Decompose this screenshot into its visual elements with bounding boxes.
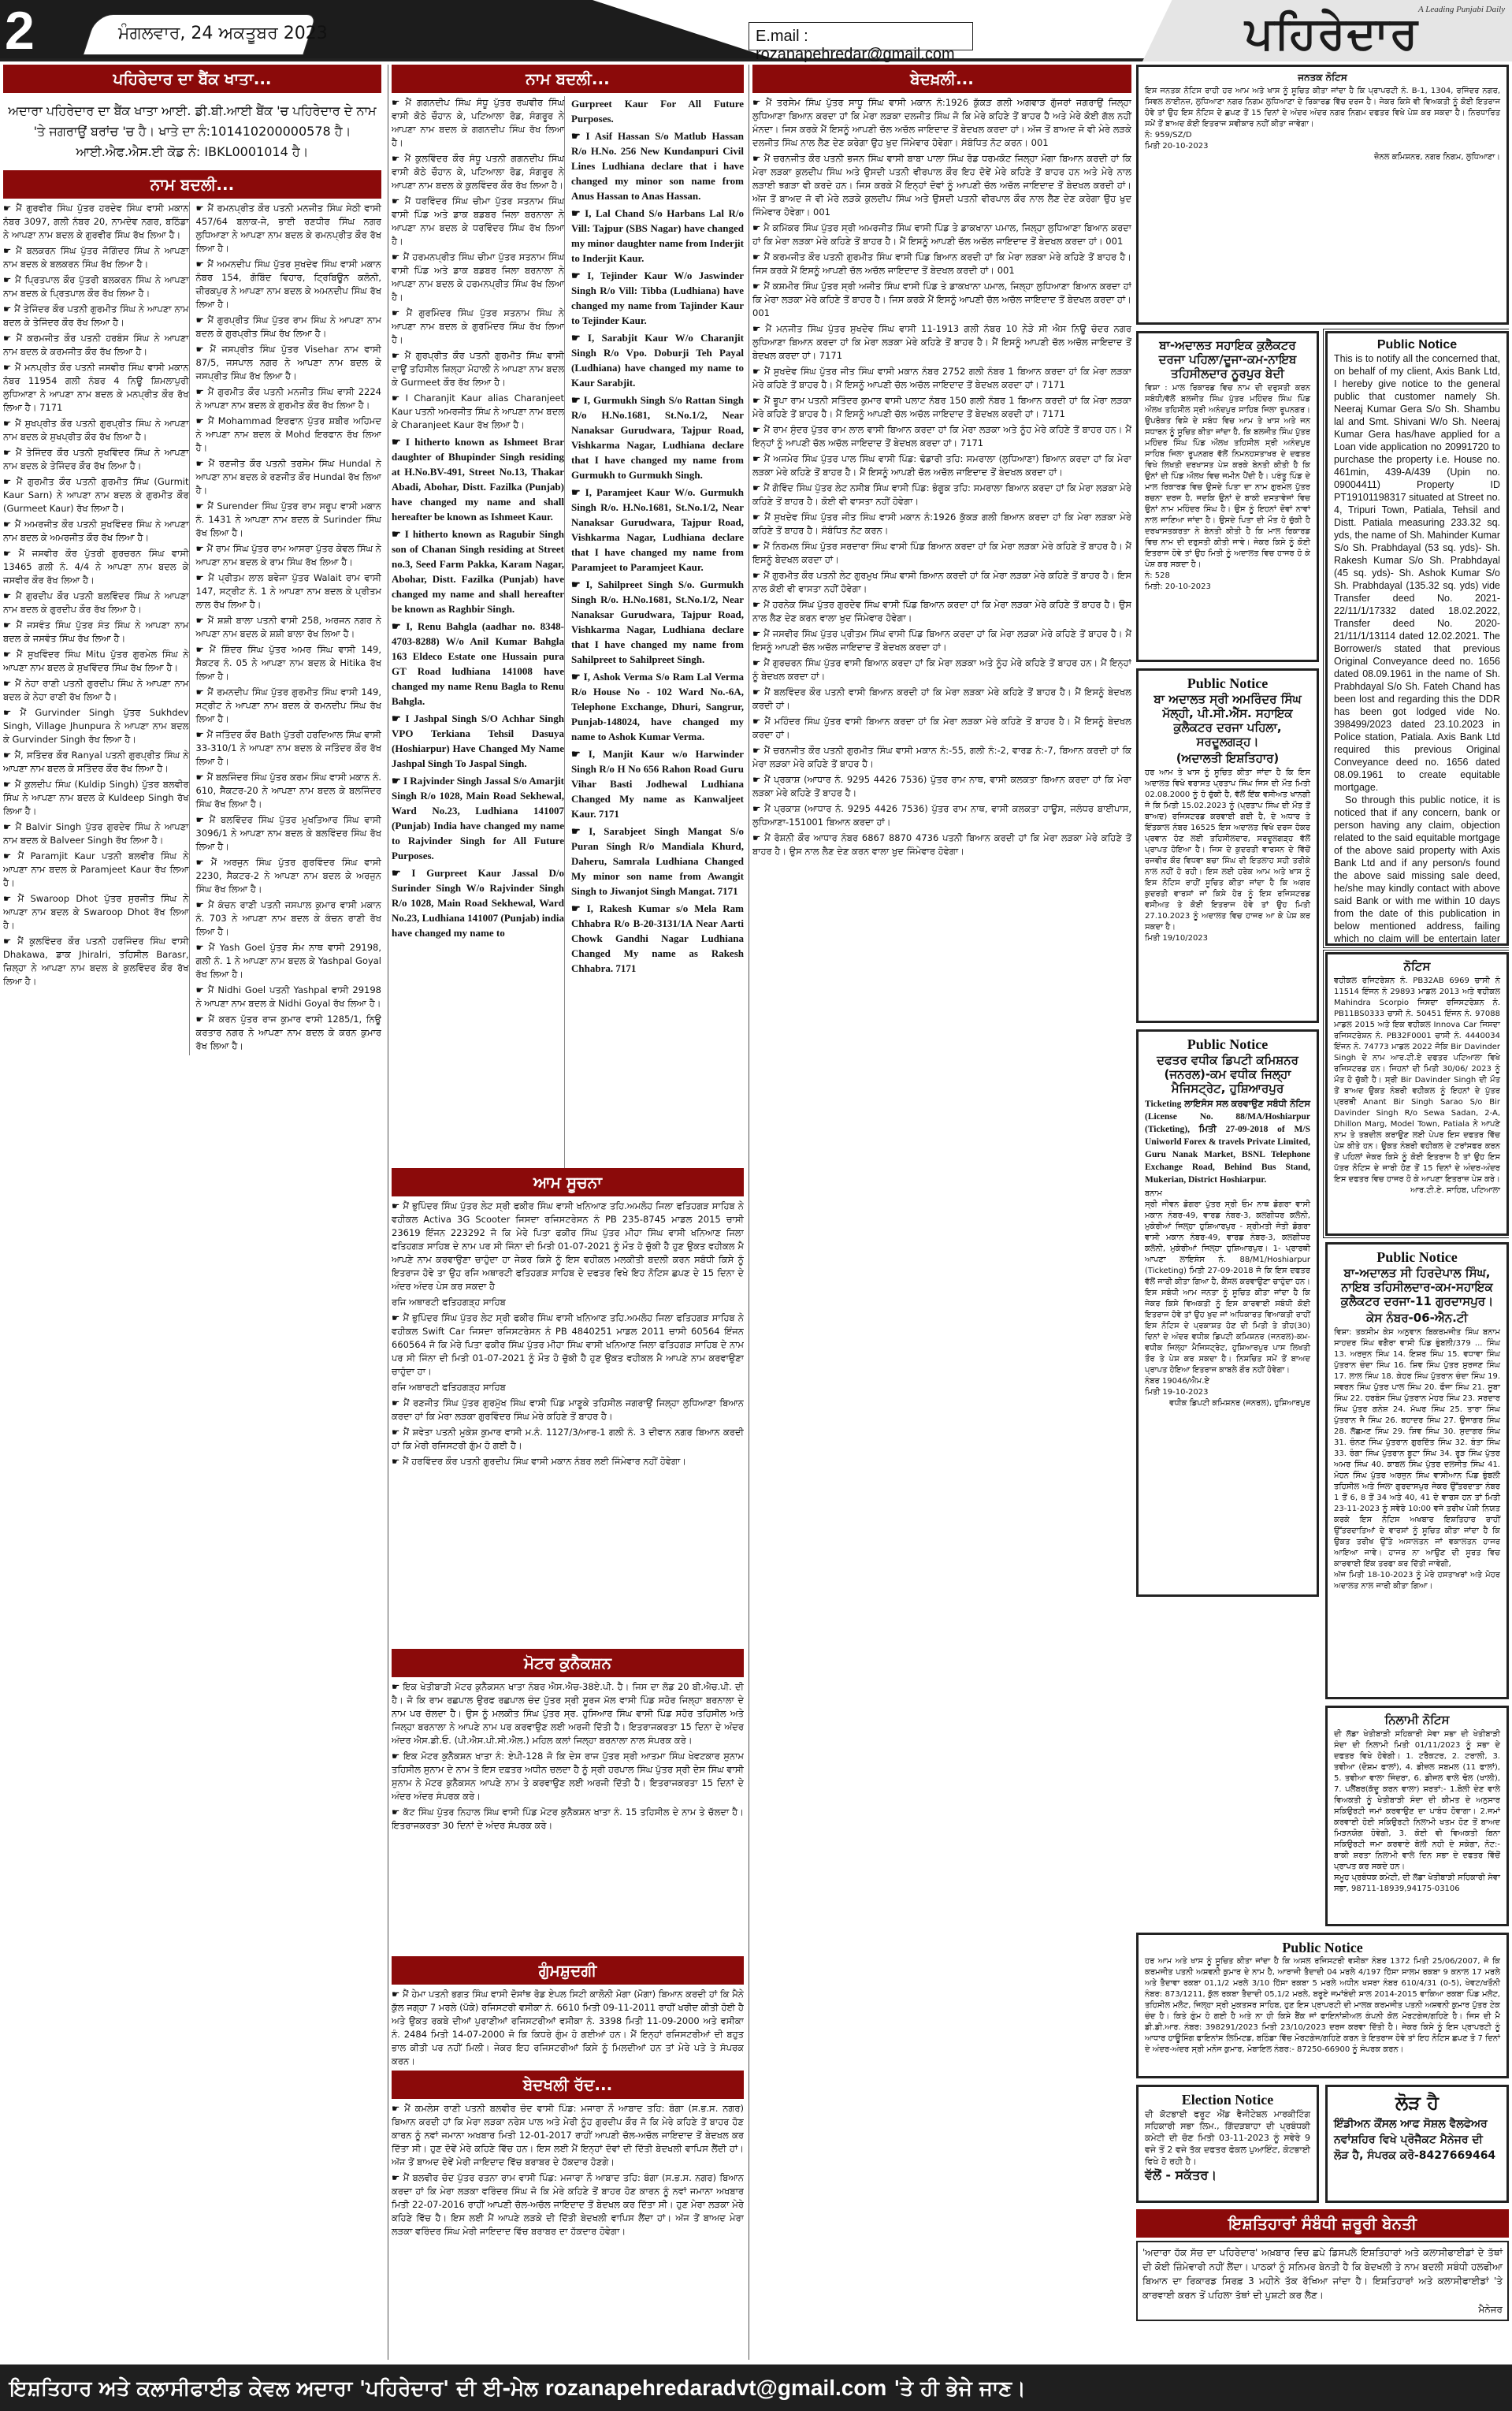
list-item: ☛ I Asif Hassan S/o Matlub Hassan R/o H.… xyxy=(571,128,744,203)
list-item: ☛ I, Ashok Verma S/o Ram Lal Verma R/o H… xyxy=(571,669,744,744)
list-item: ☛ ਮੈਂ ਜਸਪ੍ਰੀਤ ਸਿੰਘ ਪੁੱਤਰ Visehar ਨਾਮ ਵਾਸ… xyxy=(196,343,382,383)
notice-title: ਜਨਤਕ ਨੋਟਿਸ xyxy=(1145,72,1500,84)
list-item: ☛ ਮੈਂ ਪ੍ਰਕਾਸ਼ (ਆਧਾਰ ਨੰ. 9295 4426 7536) … xyxy=(752,802,1131,829)
list-item: ☛ ਮੈਂ ਕੰਚਨ ਰਾਣੀ ਪਤਨੀ ਜਸਪਾਲ ਕੁਮਾਰ ਵਾਸੀ ਮਕ… xyxy=(196,899,382,939)
notice-body: ਵਹੀਕਲ ਰਜਿਟਰੇਸ਼ਨ ਨੰ. PB32AB 6969 ਚਾਸੀ ਨੰ … xyxy=(1334,976,1500,1185)
section-heading-disinheritance: ਬੇਦਖ਼ਲੀ... xyxy=(752,65,1131,93)
list-item: ☛ ਮੈਂ ਅਮਰਜੀਤ ਕੌਰ ਪਤਨੀ ਸੁਖਵਿੰਦਰ ਸਿੰਘ ਨੇ ਆ… xyxy=(3,518,189,545)
list-item: ☛ ਮੈਂ ਰੋਸ਼ਨੀ ਕੌਰ ਆਧਾਰ ਨੰਬਰ 6867 8870 473… xyxy=(752,832,1131,858)
section-heading-public-info: ਆਮ ਸੂਚਨਾ xyxy=(392,1168,744,1196)
newspaper-logo: ਪਹਿਰੇਦਾਰ xyxy=(1245,8,1419,60)
list-item: ☛ I, Sarabjeet Singh Mangat S/o Puran Si… xyxy=(571,824,744,899)
list-item: ☛ ਮੈਂ ਗੁਰਚਰਨ ਸਿੰਘ ਪੁੱਤਰ ਵਾਸੀ ਬਿਆਨ ਕਰਦਾ ਹ… xyxy=(752,657,1131,683)
list-item: ☛ ਮੈਂ ਗੁਰਮੀਤ ਕੌਰ ਪਤਨੀ ਮਨਜੀਤ ਸਿੰਘ ਵਾਸੀ 22… xyxy=(196,385,382,412)
notice-sardulgarh-court: Public Notice ਬਾ ਅਦਾਲਤ ਸ੍ਰੀ ਅਮਰਿੰਦਰ ਸਿੰਘ… xyxy=(1136,668,1319,1023)
list-item: ☛ ਮੈਂ ਚਰਨਜੀਤ ਕੌਰ ਪਤਨੀ ਭਜਨ ਸਿੰਘ ਵਾਸੀ ਬਾਬਾ… xyxy=(752,152,1131,219)
list-item: ☛ ਮੈਂ ਰਾਮ ਸਿੰਘ ਪੁੱਤਰ ਰਾਮ ਆਸਰਾ ਪੁੱਤਰ ਕੇਵਲ… xyxy=(196,542,382,569)
list-item: ☛ ਮੈਂ ਕੁਲਵਿੰਦਰ ਕੌਰ ਸੰਧੂ ਪਤਨੀ ਗਗਨਦੀਪ ਸਿੰਘ… xyxy=(392,152,564,192)
list-item: ☛ ਮੈਂ ਰਮਨਦੀਪ ਸਿੰਘ ਪੁੱਤਰ ਗੁਰਮੀਤ ਸਿੰਘ ਵਾਸੀ… xyxy=(196,686,382,726)
list-item: ☛ ਮੈਂ ਪ੍ਰਿਤਪਾਲ ਕੌਰ ਪੁੱਤਰੀ ਬਲਕਰਨ ਸਿੰਘ ਨੇ … xyxy=(3,273,189,300)
list-item: ☛ I Charanjit Kaur alias Charanjeet Kaur… xyxy=(392,392,564,432)
list-item: ☛ I, Rakesh Kumar s/o Mela Ram Chhabra R… xyxy=(571,901,744,976)
list-item: ☛ ਮੈਂ ਗੁਰਮੀਤ ਕੌਰ ਪਤਨੀ ਗੁਰਮੀਤ ਸਿੰਘ (Gurmi… xyxy=(3,475,189,515)
list-item: ☛ ਮੈਂ ਜਸਵੀਰ ਕੌਰ ਪੁੱਤਰੀ ਗੁਰਚਰਨ ਸਿੰਘ ਵਾਸੀ … xyxy=(3,547,189,587)
list-item: ☛ ਮੈਂ ਬਲਕਰਨ ਸਿੰਘ ਪੁੱਤਰ ਜੋਗਿੰਦਰ ਸਿੰਘ ਨੇ ਆ… xyxy=(3,244,189,271)
list-item: ☛ ਮੈਂ Balvir Singh ਪੁੱਤਰ ਗੁਰਦੇਵ ਸਿੰਘ ਨੇ … xyxy=(3,820,189,847)
notice-body: ਵਿਸ਼ਾ : ਮਾਲ ਰਿਕਾਰਡ ਵਿਚ ਨਾਮ ਦੀ ਦਰੁਸਤੀ ਕਰਨ… xyxy=(1145,383,1310,571)
list-item: ☛ ਮੈਂ ਤਰਸੇਮ ਸਿੰਘ ਪੁੱਤਰ ਸਾਧੂ ਸਿੰਘ ਵਾਸੀ ਮਕ… xyxy=(752,96,1131,150)
list-item: ☛ ਮੈਂ ਰਾਮ ਸੁੰਦਰ ਪੁੱਤਰ ਰਾਮ ਲਾਲ ਵਾਸੀ ਬਿਆਨ … xyxy=(752,423,1131,450)
notice-lost-registry: Public Notice ਹਰ ਆਮ ਅਤੇ ਖਾਸ ਨੂੰ ਸੂਚਿਤ ਕੀ… xyxy=(1136,1933,1509,2078)
list-item: ☛ ਮੈਂ ਭੂਪਾ ਰਾਮ ਪਤਨੀ ਸਤਿੰਦਰ ਕੁਮਾਰ ਵਾਸੀ ਪਲ… xyxy=(752,394,1131,421)
list-item: ☛ ਮੈਂ ਅਰਜੁਨ ਸਿੰਘ ਪੁੱਤਰ ਗੁਰਵਿੰਦਰ ਸਿੰਘ ਵਾਸ… xyxy=(196,856,382,896)
list-item: ☛ ਮੈਂ ਸੁਖਦੇਵ ਸਿੰਘ ਪੁੱਤਰ ਜੀਤ ਸਿੰਘ ਵਾਸੀ ਮਕ… xyxy=(752,365,1131,392)
list-item: ☛ ਮੈਂ ਤੇਜਿੰਦਰ ਕੌਰ ਪਤਨੀ ਗੁਰਮੀਤ ਸਿੰਘ ਨੇ ਆਪ… xyxy=(3,303,189,329)
list-item: ☛ ਮੈਂ ਕਮਲੇਸ ਰਾਣੀ ਪਤਨੀ ਬਲਵੀਰ ਚੰਦ ਵਾਸੀ ਪਿੰ… xyxy=(392,2102,744,2169)
notice-title: Public Notice xyxy=(1334,338,1500,352)
column-disinheritance: ਬੇਦਖ਼ਲੀ... ☛ ਮੈਂ ਤਰਸੇਮ ਸਿੰਘ ਪੁੱਤਰ ਸਾਧੂ ਸ… xyxy=(749,65,1131,2360)
list-item: ☛ ਮੈਂ ਭੁਪਿੰਦਰ ਸਿੰਘ ਪੁੱਤਰ ਲੇਟ ਸ੍ਰੀ ਫਕੀਰ ਸ… xyxy=(392,1200,744,1293)
name-change-list-mixed: ☛ ਮੈਂ ਗਗਨਦੀਪ ਸਿੰਘ ਸੰਧੂ ਪੁੱਤਰ ਰਘਵੀਰ ਸਿੰਘ … xyxy=(392,96,565,1168)
list-item: ☛ ਮੈਂ ਧਰਵਿੰਦਰ ਸਿੰਘ ਚੀਮਾ ਪੁੱਤਰ ਸਤਨਾਮ ਸਿੰਘ… xyxy=(392,195,564,248)
notice-title: Public Notice xyxy=(1145,1940,1500,1956)
list-item: ☛ ਮੈਂ ਚਰਨਜੀਤ ਕੌਰ ਪਤਨੀ ਗੁਰਮੀਤ ਸਿੰਘ ਵਾਸੀ ਮ… xyxy=(752,744,1131,771)
list-item: ☛ I Jashpal Singh S/O Achhar Singh VPO T… xyxy=(392,711,564,771)
notice-title: ਨਿਲਾਮੀ ਨੋਟਿਸ xyxy=(1334,1713,1500,1727)
disclaimer-signature: ਮੈਨੇਜਰ xyxy=(1142,2302,1503,2316)
name-change-list-english: Gurpreet Kaur For All Future Purposes.☛ … xyxy=(571,96,744,1168)
list-item: ☛ ਮੈਂ ਰਮਨਪ੍ਰੀਤ ਕੌਰ ਪਤਨੀ ਮਨਜੀਤ ਸਿੰਘ ਸੇਠੀ … xyxy=(196,202,382,255)
section-heading-ad-disclaimer: ਇਸ਼ਤਿਹਾਰਾਂ ਸੰਬੰਧੀ ਜ਼ਰੂਰੀ ਬੇਨਤੀ xyxy=(1136,2209,1509,2238)
list-item: ☛ I, Tejinder Kaur W/o Jaswinder Singh R… xyxy=(571,268,744,328)
name-change-list-left: ☛ ਮੈਂ ਗੁਰਵੀਰ ਸਿੰਘ ਪੁੱਤਰ ਹਰਦੇਵ ਸਿੰਘ ਵਾਸੀ … xyxy=(3,202,190,1055)
list-item: ☛ ਮੈਂ ਹੇਮਾ ਪਤਨੀ ਭਗਤ ਸਿੰਘ ਵਾਸੀ ਦੋਸਾਂਝ ਰੋਡ… xyxy=(392,1988,744,2068)
notice-title: ਨੋਟਿਸ xyxy=(1334,959,1500,973)
list-item: ☛ ਮੈਂ, ਸਤਿੰਦਰ ਕੌਰ Ranyal ਪਤਨੀ ਗੁਰਪ੍ਰੀਤ ਸ… xyxy=(3,749,189,776)
list-item: ☛ ਮੈਂ ਨੇਹਾ ਰਾਣੀ ਪਤਨੀ ਗੁਰਦੀਪ ਸਿੰਘ ਨੇ ਆਪਣਾ… xyxy=(3,677,189,704)
notice-closing: ਅੱਜ ਮਿਤੀ 18-10-2023 ਨੂੰ ਮੇਰੇ ਹਸਤਾਖਰਾਂ ਅਤ… xyxy=(1334,1570,1500,1592)
notice-ref: ਨੰ: 959/SZ/D xyxy=(1145,130,1500,141)
list-item: ☛ ਮੈਂ Surender ਸਿੰਘ ਪੁੱਤਰ ਰਾਮ ਸਰੂਪ ਵਾਸੀ … xyxy=(196,500,382,540)
list-item: ☛ ਮੈਂ ਗੁਰਵੀਰ ਸਿੰਘ ਪੁੱਤਰ ਹਰਦੇਵ ਸਿੰਘ ਵਾਸੀ … xyxy=(3,202,189,242)
notice-gurdaspur-court: Public Notice ਬਾ-ਅਦਾਲਤ ਸੀ ਹਿਰਦੇਪਾਲ ਸਿੰਘ,… xyxy=(1325,1242,1509,1699)
list-item: ☛ ਮੈਂ ਮਨਜੀਤ ਸਿੰਘ ਪੁੱਤਰ ਸੁਖਦੇਵ ਸਿੰਘ ਵਾਸੀ … xyxy=(752,322,1131,363)
list-item: ☛ ਮੈਂ ਅਮਨਦੀਪ ਸਿੰਘ ਪੁੱਤਰ ਸੁਖਦੇਵ ਸਿੰਘ ਵਾਸੀ… xyxy=(196,258,382,311)
notice-title-en: Public Notice xyxy=(1334,1249,1500,1266)
notice-signature: ਜ਼ੋਨਲ ਕਮਿਸ਼ਨਰ, ਨਗਰ ਨਿਗਮ, ਲੁਧਿਆਣਾ। xyxy=(1145,152,1500,163)
notice-body-2: ਸ੍ਰੀ ਜੀਵਨ ਡੋਗਰਾ ਪੁੱਤਰ ਸ੍ਰੀ ਓਮ ਨਾਥ ਡੋਗਰਾ … xyxy=(1145,1200,1310,1376)
list-item: ☛ ਮੈਂ ਸ਼ਿੰਦਰ ਸਿੰਘ ਪੁੱਤਰ ਅਮਰ ਸਿੰਘ ਵਾਸੀ 14… xyxy=(196,643,382,683)
list-item: ☛ I, Manjit Kaur w/o Harwinder Singh R/o… xyxy=(571,746,744,821)
list-item: ☛ I, Sarabjit Kaur W/o Charanjit Singh R… xyxy=(571,330,744,390)
notice-title: Election Notice xyxy=(1145,2092,1310,2108)
list-item: ☛ I Rajvinder Singh Jassal S/o Amarjit S… xyxy=(392,773,564,863)
notice-body: ਵਿਸ਼ਾ: ਤਕਸੀਮ ਕੇਸ ਅਨੁਵਾਨ ਬਿਕਰਮਜੀਤ ਸਿੰਘ ਬਨ… xyxy=(1334,1327,1500,1570)
notice-election: Election Notice ਦੀ ਕੋਟਭਾਈ ਫਰੂਟ ਐਂਡ ਵੈਜੀਟ… xyxy=(1136,2085,1319,2203)
bank-account-info: ਅਦਾਰਾ ਪਹਿਰੇਦਾਰ ਦਾ ਬੈਂਕ ਖਾਤਾ ਆਈ. ਡੀ.ਬੀ.ਆਈ… xyxy=(3,96,381,170)
list-item: ☛ I, Sahilpreet Singh S/o. Gurmukh Singh… xyxy=(571,577,744,667)
list-item: ☛ ਮੈਂ ਅਜਮੇਰ ਸਿੰਘ ਪੁੱਤਰ ਪਾਲ ਸਿੰਘ ਵਾਸੀ ਪਿੰ… xyxy=(752,452,1131,479)
notice-date: ਮਿਤੀ 20-10-2023 xyxy=(1145,141,1500,152)
list-item: ☛ ਮੈਂ ਜਸਵੀਰ ਸਿੰਘ ਪੁੱਤਰ ਪ੍ਰੀਤਮ ਸਿੰਘ ਵਾਸੀ … xyxy=(752,627,1131,654)
notice-body-2: So through this public notice, it is not… xyxy=(1334,794,1500,946)
name-change-list-right: ☛ ਮੈਂ ਰਮਨਪ੍ਰੀਤ ਕੌਰ ਪਤਨੀ ਮਨਜੀਤ ਸਿੰਘ ਸੇਠੀ … xyxy=(196,202,382,1055)
list-item: ☛ ਮੈਂ Gurvinder Singh ਪੁੱਤਰ Sukhdev Sing… xyxy=(3,706,189,746)
list-item: ☛ ਮੈਂ ਪ੍ਰਕਾਸ਼ (ਆਧਾਰ ਨੰ. 9295 4426 7536) … xyxy=(752,773,1131,800)
list-item: ☛ ਮੈਂ ਨਿਰਮਲ ਸਿੰਘ ਪੁੱਤਰ ਸਰਦਾਰਾ ਸਿੰਘ ਵਾਸੀ … xyxy=(752,540,1131,567)
notice-rta-patiala: ਨੋਟਿਸ ਵਹੀਕਲ ਰਜਿਟਰੇਸ਼ਨ ਨੰ. PB32AB 6969 ਚਾ… xyxy=(1325,952,1509,1236)
list-item: ☛ I Gurpreet Kaur Jassal D/o Surinder Si… xyxy=(392,865,564,940)
section-heading-disinherit-revoked: ਬੇਦਖਲੀ ਰੱਦ... xyxy=(392,2071,744,2099)
notice-title: ਲੋੜ ਹੈ xyxy=(1334,2092,1500,2114)
disinheritance-list: ☛ ਮੈਂ ਤਰਸੇਮ ਸਿੰਘ ਪੁੱਤਰ ਸਾਧੂ ਸਿੰਘ ਵਾਸੀ ਮਕ… xyxy=(752,96,1131,858)
notice-subtitle: (ਅਦਾਲਤੀ ਇਸ਼ਤਿਹਾਰ) xyxy=(1145,751,1310,765)
notice-title-en: Public Notice xyxy=(1145,1036,1310,1053)
notice-title: ਬਾ-ਅਦਾਲਤ ਸੀ ਹਿਰਦੇਪਾਲ ਸਿੰਘ, ਨਾਇਬ ਤਹਿਸੀਲਦਾ… xyxy=(1334,1266,1500,1308)
list-item: ☛ ਮੈਂ ਮਹਿੰਦਰ ਸਿੰਘ ਪੁੱਤਰ ਵਾਸੀ ਬਿਆਨ ਕਰਦਾ ਹ… xyxy=(752,715,1131,742)
notice-body: This is to notify all the concerned that… xyxy=(1334,352,1500,794)
list-item: ☛ ਇਕ ਮੋਟਰ ਕੁਨੈਕਸ਼ਨ ਖਾਤਾ ਨੰ: ਏਪੀ-128 ਜੋ ਕ… xyxy=(392,1750,744,1803)
list-item: ☛ I, Gurmukh Singh S/o Rattan Singh R/o … xyxy=(571,393,744,482)
notice-municipal: ਜਨਤਕ ਨੋਟਿਸ ਇਸ ਜਨਤਕ ਨੋਟਿਸ ਰਾਹੀ ਹਰ ਆਮ ਅਤੇ … xyxy=(1136,65,1509,325)
list-item: ☛ ਮੈਂ ਕਸ਼ਮੀਰ ਸਿੰਘ ਪੁੱਤਰ ਸ੍ਰੀ ਅਜੀਤ ਸਿੰਘ ਵ… xyxy=(752,280,1131,320)
notice-wanted: ਲੋੜ ਹੈ ਇੰਡੀਅਨ ਕੌਂਸਲ ਆਫ ਸੋਸ਼ਲ ਵੈਲਫੇਅਰ ਨਵਾ… xyxy=(1325,2085,1509,2203)
list-item: ☛ ਮੈਂ ਗੁਰਮੀਤ ਕੌਰ ਪਤਨੀ ਲੇਟ ਗੁਰਮੁਖ ਸਿੰਘ ਵਾ… xyxy=(752,569,1131,596)
list-item: ☛ ਮੈਂ Swaroop Dhot ਪੁੱਤਰ ਸੁਰਜੀਤ ਸਿੰਘ ਨੇ … xyxy=(3,892,189,932)
footer-text-after: 'ਤੇ ਹੀ ਭੇਜੇ ਜਾਣ। xyxy=(893,2377,1025,2401)
notice-nurpur-bedi-court: ਬਾ-ਅਦਾਲਤ ਸਹਾਇਕ ਕੁਲੈਕਟਰ ਦਰਜਾ ਪਹਿਲਾ/ਦੂਜਾ-ਕ… xyxy=(1136,331,1319,662)
notice-body: ਦੀ ਲੱਡਾ ਖੇਤੀਬਾੜੀ ਸਹਿਕਾਰੀ ਸੇਵਾ ਸਭਾ ਦੀ ਖੇਤ… xyxy=(1334,1729,1500,1873)
column-name-change-english: ਨਾਮ ਬਦਲੀ... ☛ ਮੈਂ ਗਗਨਦੀਪ ਸਿੰਘ ਸੰਧੂ ਪੁੱਤਰ… xyxy=(388,65,744,2360)
header-rule xyxy=(0,58,1237,61)
list-item: ☛ I, Renu Bahgla (aadhar no. 8348-4703-8… xyxy=(392,619,564,709)
notice-body: ਦੀ ਕੋਟਭਾਈ ਫਰੂਟ ਐਂਡ ਵੈਜੀਟੇਬਲ ਮਾਰਕੀਟਿੰਗ ਸਹ… xyxy=(1145,2108,1310,2167)
disclaimer-text: 'ਅਦਾਰਾ ਹੱਕ ਸੱਚ ਦਾ ਪਹਿਰੇਦਾਰ' ਅਖ਼ਬਾਰ ਵਿਚ ਛ… xyxy=(1142,2247,1503,2301)
list-item: ☛ ਮੈਂ ਕਰਮਜੀਤ ਕੌਰ ਪਤਨੀ ਗੁਰਮੀਤ ਸਿੰਘ ਵਾਸੀ ਪ… xyxy=(752,251,1131,277)
list-item: ☛ ਮੈਂ ਗੁਰਦੀਪ ਕੌਰ ਪਤਨੀ ਬਲਵਿੰਦਰ ਸਿੰਘ ਨੇ ਆਪ… xyxy=(3,590,189,616)
notice-body: ਇਸ ਜਨਤਕ ਨੋਟਿਸ ਰਾਹੀ ਹਰ ਆਮ ਅਤੇ ਖਾਸ ਨੂੰ ਸੂਚ… xyxy=(1145,86,1500,130)
notice-title: ਦਫਤਰ ਵਧੀਕ ਡਿਪਟੀ ਕਮਿਸ਼ਨਰ (ਜਨਰਲ)-ਕਮ ਵਧੀਕ ਜ… xyxy=(1145,1053,1310,1096)
list-item: ☛ ਮੈਂ ਰਣਜੀਤ ਸਿੰਘ ਪੁੱਤਰ ਗੁਰਮੁੱਖ ਸਿੰਘ ਵਾਸੀ… xyxy=(392,1397,744,1423)
list-item: ☛ ਮੈਂ ਕੁਲਦੀਪ ਸਿੰਘ (Kuldip Singh) ਪੁੱਤਰ ਬ… xyxy=(3,778,189,818)
notice-ref: ਨੰਬਰ 19046/ਐਮ.ਏ xyxy=(1145,1376,1310,1387)
list-item: ☛ ਮੈਂ ਬਲਵੀਰ ਚੰਦ ਪੁੱਤਰ ਰਤਨਾ ਰਾਮ ਵਾਸੀ ਪਿੰਡ… xyxy=(392,2171,744,2238)
section-heading-missing: ਗੁੰਮਸ਼ੁਦਗੀ xyxy=(392,1956,744,1985)
list-item: ☛ ਮੈਂ ਬਲਵਿੰਦਰ ਸਿੰਘ ਪੁੱਤਰ ਮੁਖਤਿਆਰ ਸਿੰਘ ਵਾ… xyxy=(196,813,382,854)
notice-ref: ਨੰ: 528 xyxy=(1145,571,1310,582)
notice-title-en: Public Notice xyxy=(1145,675,1310,692)
list-item: ☛ ਮੈਂ ਭੁਪਿੰਦਰ ਸਿੰਘ ਪੁੱਤਰ ਲੇਟ ਸ੍ਰੀ ਫਕੀਰ ਸ… xyxy=(392,1312,744,1379)
list-item: ☛ ਮੈਂ Yash Goel ਪੁੱਤਰ ਸੋਮ ਨਾਥ ਵਾਸੀ 29198… xyxy=(196,941,382,981)
list-item: ਰਜਿ ਅਥਾਰਟੀ ਫਤਿਹਗੜ੍ਹ ਸਾਹਿਬ xyxy=(392,1381,744,1394)
list-item: ☛ ਮੈਂ ਕੁਲਵਿੰਦਰ ਕੌਰ ਪਤਨੀ ਹਰਜਿੰਦਰ ਸਿੰਘ ਵਾਸ… xyxy=(3,935,189,988)
notice-signature: ਵੱਲੋਂ - ਸਕੱਤਰ। xyxy=(1145,2167,1310,2183)
list-item: ☛ ਮੈ ਕਮਿੱਕਰ ਸਿੰਘ ਪੁੱਤਰ ਸ੍ਰੀ ਅਮਰਜੀਤ ਸਿੰਘ … xyxy=(752,221,1131,248)
notice-hoshiarpur-adc: Public Notice ਦਫਤਰ ਵਧੀਕ ਡਿਪਟੀ ਕਮਿਸ਼ਨਰ (ਜ… xyxy=(1136,1029,1319,1597)
list-item: ☛ ਮੈਂ ਗਗਨਦੀਪ ਸਿੰਘ ਸੰਧੂ ਪੁੱਤਰ ਰਘਵੀਰ ਸਿੰਘ … xyxy=(392,96,564,150)
list-item: ☛ ਮੈਂ ਬਲਜਿੰਦਰ ਸਿੰਘ ਪੁੱਤਰ ਕਰਮ ਸਿੰਘ ਵਾਸੀ ਮ… xyxy=(196,771,382,811)
notice-signature: ਆਰ.ਟੀ.ਏ. ਸਾਹਿਬ, ਪਟਿਆਲਾ xyxy=(1334,1185,1500,1196)
notice-body: ਹਰ ਆਮ ਅਤੇ ਖਾਸ ਨੂੰ ਸੂਚਿਤ ਕੀਤਾ ਜਾਂਦਾ ਹੈ ਕਿ… xyxy=(1145,1956,1500,2056)
list-item: ☛ ਮੈਂ ਮਨਪ੍ਰੀਤ ਕੌਰ ਪਤਨੀ ਜਸਵੀਰ ਸਿੰਘ ਵਾਸੀ ਮ… xyxy=(3,361,189,415)
list-item: ☛ ਮੈਂ ਪ੍ਰੀਤਮ ਲਾਲ ਬਵੇਜਾ ਪੁੱਤਰ Walait ਰਾਮ … xyxy=(196,571,382,612)
issue-date: ਮੰਗਲਵਾਰ, 24 ਅਕਤੂਬਰ 2023 xyxy=(118,24,328,43)
missing-list: ☛ ਮੈਂ ਹੇਮਾ ਪਤਨੀ ਭਗਤ ਸਿੰਘ ਵਾਸੀ ਦੋਸਾਂਝ ਰੋਡ… xyxy=(392,1988,744,2068)
notice-date: ਮਿਤੀ 19/10/2023 xyxy=(1145,933,1310,944)
contact-email[interactable]: E.mail : rozanapehredar@gmail.com xyxy=(749,22,973,50)
list-item: ☛ ਮੈਂ ਗੁਰਪ੍ਰੀਤ ਕੌਰ ਪਤਨੀ ਗੁਰਮੀਤ ਸਿੰਘ ਵਾਸੀ… xyxy=(392,349,564,389)
list-item: ☛ ਮੈਂ ਸੁਖਵਿੰਦਰ ਸਿੰਘ Mitu ਪੁੱਤਰ ਗੁਰਮੇਲ ਸਿ… xyxy=(3,648,189,675)
column-public-notices: ਜਨਤਕ ਨੋਟਿਸ ਇਸ ਜਨਤਕ ਨੋਟਿਸ ਰਾਹੀ ਹਰ ਆਮ ਅਤੇ … xyxy=(1136,65,1509,2360)
notice-versus: ਬਨਾਮ xyxy=(1145,1189,1310,1200)
list-item: ☛ ਮੈਂ ਹਰਨੇਕ ਸਿੰਘ ਪੁੱਤਰ ਗੁਰਦੇਵ ਸਿੰਘ ਵਾਸੀ … xyxy=(752,598,1131,625)
notice-case-number: ਕੇਸ ਨੰਬਰ-06-ਐਨ.ਟੀ xyxy=(1334,1311,1500,1325)
list-item: ☛ ਮੈਂ ਹਰਵਿੰਦਰ ਕੌਰ ਪਤਨੀ ਗੁਰਦੀਪ ਸਿੰਘ ਵਾਸੀ … xyxy=(392,1455,744,1468)
ad-disclaimer-body: 'ਅਦਾਰਾ ਹੱਕ ਸੱਚ ਦਾ ਪਹਿਰੇਦਾਰ' ਅਖ਼ਬਾਰ ਵਿਚ ਛ… xyxy=(1136,2241,1509,2321)
footer-text-before: ਇਸ਼ਤਿਹਾਰ ਅਤੇ ਕਲਾਸੀਫਾਈਡ ਕੇਵਲ ਅਦਾਰਾ 'ਪਹਿਰੇ… xyxy=(9,2377,538,2401)
list-item: ☛ ਮੈਂ ਜਸਵੰਤ ਸਿੰਘ ਪੁੱਤਰ ਸੰਤ ਸਿੰਘ ਨੇ ਆਪਣਾ … xyxy=(3,619,189,646)
list-item: ☛ ਕੱਟ ਸਿੰਘ ਪੁੱਤਰ ਨਿਹਾਲ ਸਿੰਘ ਵਾਸੀ ਪਿੰਡ ਮੋ… xyxy=(392,1806,744,1832)
list-item: ☛ ਮੈਂ ਕਰਮਜੀਤ ਕੌਰ ਪਤਨੀ ਹਰਬੰਸ ਸਿੰਘ ਨੇ ਆਪਣਾ… xyxy=(3,332,189,359)
section-heading-bank-account: ਪਹਿਰੇਦਾਰ ਦਾ ਬੈਂਕ ਖਾਤਾ... xyxy=(3,65,381,93)
list-item: ਰਜਿ ਅਥਾਰਟੀ ਫਤਿਹਗੜ੍ਹ ਸਾਹਿਬ xyxy=(392,1296,744,1309)
list-item: ☛ I hitherto known as Ishmeet Brar daugh… xyxy=(392,434,564,524)
section-heading-name-change: ਨਾਮ ਬਦਲੀ... xyxy=(3,170,381,199)
public-info-list: ☛ ਮੈਂ ਭੁਪਿੰਦਰ ਸਿੰਘ ਪੁੱਤਰ ਲੇਟ ਸ੍ਰੀ ਫਕੀਰ ਸ… xyxy=(392,1200,744,1649)
list-item: Gurpreet Kaur For All Future Purposes. xyxy=(571,96,744,126)
list-item: ☛ ਮੈਂ ਹਰਮਨਪ੍ਰੀਤ ਸਿੰਘ ਚੀਮਾ ਪੁੱਤਰ ਸਤਨਾਮ ਸਿ… xyxy=(392,251,564,304)
notice-body: Ticketing ਲਾਇਸੰਸ ਸਲ ਕਰਵਾਉਣ ਸਬੰਧੀ ਨੋਟਿਸ (… xyxy=(1145,1098,1310,1186)
logo-tagline: A Leading Punjabi Daily xyxy=(1418,5,1505,14)
list-item: ☛ I, Lal Chand S/o Harbans Lal R/o Vill:… xyxy=(571,206,744,266)
list-item: ☛ ਮੈਂ ਸੁਖਪ੍ਰੀਤ ਕੌਰ ਪਤਨੀ ਗੁਰਪ੍ਰੀਤ ਸਿੰਘ ਨੇ… xyxy=(3,417,189,444)
notice-signature: ਵਧੀਕ ਡਿਪਟੀ ਕਮਿਸ਼ਨਰ (ਜਨਰਲ), ਹੁਸ਼ਿਆਰਪੁਰ xyxy=(1145,1398,1310,1409)
list-item: ☛ ਮੈਂ ਗੁਰਮਿੰਦਰ ਸਿੰਘ ਪੁੱਤਰ ਸਤਨਾਮ ਸਿੰਘ ਨੇ … xyxy=(392,307,564,347)
list-item: ☛ ਮੈਂ ਗੁਰਪ੍ਰੀਤ ਸਿੰਘ ਪੁੱਤਰ ਰਾਮ ਸਿੰਘ ਨੇ ਆਪ… xyxy=(196,314,382,340)
footer-banner: ਇਸ਼ਤਿਹਾਰ ਅਤੇ ਕਲਾਸੀਫਾਈਡ ਕੇਵਲ ਅਦਾਰਾ 'ਪਹਿਰੇ… xyxy=(0,2364,1512,2411)
notice-auction: ਨਿਲਾਮੀ ਨੋਟਿਸ ਦੀ ਲੱਡਾ ਖੇਤੀਬਾੜੀ ਸਹਿਕਾਰੀ ਸੇ… xyxy=(1325,1706,1509,1926)
page-number: 2 xyxy=(5,2,35,60)
list-item: ☛ ਮੈਂ ਰਣਜੀਤ ਕੌਰ ਪਤਨੀ ਤਰਸੇਮ ਸਿੰਘ Hundal ਨ… xyxy=(196,457,382,497)
list-item: ☛ ਮੈਂ Nidhi Goel ਪਤਨੀ Yashpal ਵਾਸੀ 29198… xyxy=(196,984,382,1010)
list-item: ☛ I hitherto known as Ragubir Singh son … xyxy=(392,526,564,616)
notice-body: ਹਰ ਆਮ ਤੇ ਖਾਸ ਨੂੰ ਸੂਚਿਤ ਕੀਤਾ ਜਾਂਦਾ ਹੈ ਕਿ … xyxy=(1145,768,1310,933)
notice-title: ਬਾ-ਅਦਾਲਤ ਸਹਾਇਕ ਕੁਲੈਕਟਰ ਦਰਜਾ ਪਹਿਲਾ/ਦੂਜਾ-ਕ… xyxy=(1145,338,1310,381)
list-item: ☛ I, Paramjeet Kaur W/o. Gurmukh Singh R… xyxy=(571,485,744,575)
notice-date: ਮਿਤੀ 19-10-2023 xyxy=(1145,1387,1310,1398)
section-heading-name-change-2: ਨਾਮ ਬਦਲੀ... xyxy=(392,65,744,93)
list-item: ☛ ਮੈਂ ਜਤਿੰਦਰ ਕੌਰ Bath ਪੁੱਤਰੀ ਹਰਦਿਆਲ ਸਿੰਘ… xyxy=(196,728,382,768)
notice-body: ਇੰਡੀਅਨ ਕੌਂਸਲ ਆਫ ਸੋਸ਼ਲ ਵੈਲਫੇਅਰ ਨਵਾਂਸ਼ਹਿਰ … xyxy=(1334,2116,1500,2164)
disinherit-revoked-list: ☛ ਮੈਂ ਕਮਲੇਸ ਰਾਣੀ ਪਤਨੀ ਬਲਵੀਰ ਚੰਦ ਵਾਸੀ ਪਿੰ… xyxy=(392,2102,744,2238)
masthead: 2 ਮੰਗਲਵਾਰ, 24 ਅਕਤੂਬਰ 2023 E.mail : rozan… xyxy=(0,0,1512,61)
section-heading-motor-connection: ਮੋਟਰ ਕੁਨੈਕਸ਼ਨ xyxy=(392,1649,744,1677)
list-item: ☛ ਮੈਂ ਗੋਵਿੰਦ ਸਿੰਘ ਪੁੱਤਰ ਲੇਟ ਨਸੀਬ ਸਿੰਘ ਵਾ… xyxy=(752,482,1131,508)
notice-axis-bank: Public Notice This is to notify all the … xyxy=(1325,331,1509,946)
notice-title: ਬਾ ਅਦਾਲਤ ਸ੍ਰੀ ਅਮਰਿੰਦਰ ਸਿੰਘ ਮੱਲ੍ਹੀ, ਪੀ.ਸੀ… xyxy=(1145,692,1310,749)
list-item: ☛ ਮੈਂ ਕਰਨ ਪੁੱਤਰ ਰਾਜ ਕੁਮਾਰ ਵਾਸੀ 1285/1, ਨ… xyxy=(196,1013,382,1053)
column-bank-and-name-change: ਪਹਿਰੇਦਾਰ ਦਾ ਬੈਂਕ ਖਾਤਾ... ਅਦਾਰਾ ਪਹਿਰੇਦਾਰ … xyxy=(3,65,381,2360)
list-item: ☛ ਮੈਂ Paramjit Kaur ਪਤਨੀ ਬਲਵੀਰ ਸਿੰਘ ਨੇ ਆ… xyxy=(3,850,189,890)
list-item: ☛ ਮੈਂ ਸ਼ਵੇਤਾ ਪਤਨੀ ਮੁਕੇਸ਼ ਕੁਮਾਰ ਵਾਸੀ ਮ.ਨੰ… xyxy=(392,1426,744,1453)
list-item: ☛ ਇਕ ਖੇਤੀਬਾੜੀ ਮੋਟਰ ਕੁਨੈਕਸਨ ਖਾਤਾ ਨੰਬਰ ਐਸ.… xyxy=(392,1680,744,1747)
list-item: ☛ ਮੈਂ ਸੁਖਦੇਵ ਸਿੰਘ ਪੁੱਤਰ ਜੀਤ ਸਿੰਘ ਵਾਸੀ ਮਕ… xyxy=(752,511,1131,538)
list-item: ☛ ਮੈਂ ਬਲਵਿੰਦਰ ਕੌਰ ਪਤਨੀ ਵਾਸੀ ਬਿਆਨ ਕਰਦੀ ਹਾ… xyxy=(752,686,1131,713)
footer-email[interactable]: rozanapehredaradvt@gmail.com xyxy=(545,2376,886,2400)
notice-date: ਮਿਤੀ: 20-10-2023 xyxy=(1145,582,1310,593)
motor-connection-list: ☛ ਇਕ ਖੇਤੀਬਾੜੀ ਮੋਟਰ ਕੁਨੈਕਸਨ ਖਾਤਾ ਨੰਬਰ ਐਸ.… xyxy=(392,1680,744,1956)
list-item: ☛ ਮੈਂ Mohammad ਇਰਫਾਨ ਪੁੱਤਰ ਸ਼ਬੀਰ ਅਹਿਮਦ ਨ… xyxy=(196,415,382,455)
notice-signature: ਸਮੂਹ ਪ੍ਰਬੰਧਕ ਕਮੇਟੀ, ਦੀ ਲੱਡਾ ਖੇਤੀਬਾੜੀ ਸਹਿ… xyxy=(1334,1873,1500,1895)
list-item: ☛ ਮੈਂ ਸ਼ਸ਼ੀ ਬਾਲਾ ਪਤਨੀ ਵਾਸੀ 258, ਅਰਜਨ ਨਗਰ… xyxy=(196,614,382,641)
list-item: ☛ ਮੈਂ ਤੇਜਿੰਦਰ ਕੌਰ ਪਤਨੀ ਸੁਖਵਿੰਦਰ ਸਿੰਘ ਨੇ … xyxy=(3,446,189,473)
